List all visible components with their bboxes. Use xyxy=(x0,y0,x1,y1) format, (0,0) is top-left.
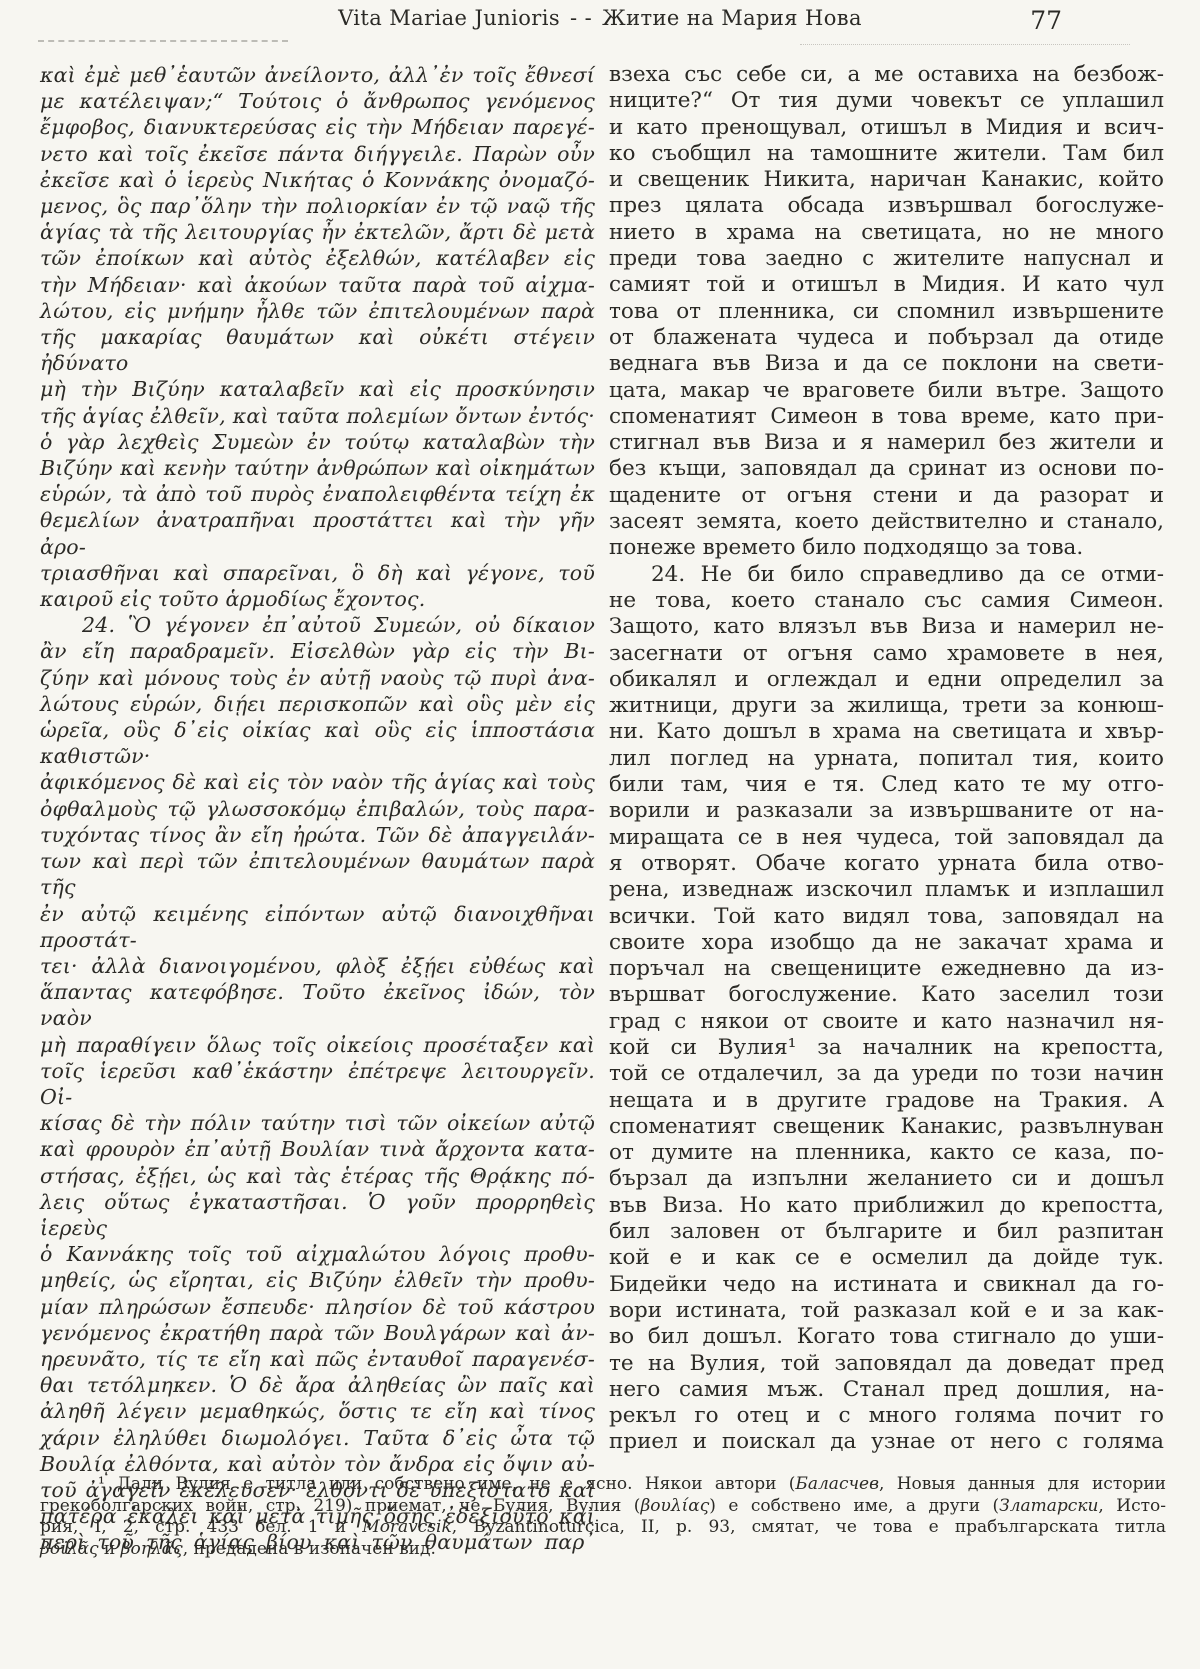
text-line: τει· ἀλλὰ διανοιγομένου, φλὸξ ἐξῄει εὐθέ… xyxy=(40,953,595,979)
text-line: ἀληθῆ λέγειν μεμαθηκώς, ὅστις τε εἴη καὶ… xyxy=(40,1398,595,1424)
paragraph: 24. Не би било справедливо да се отми-не… xyxy=(609,562,1164,1456)
text-line: бързал да изпълни желанието си и дошъл xyxy=(609,1166,1164,1192)
paragraph: καὶ ἐμὲ μεθ᾽ἑαυτῶν ἀνείλοντο, ἀλλ᾽ἐν τοῖ… xyxy=(40,62,595,612)
text-line: вори истината, той разказал кой е и за к… xyxy=(609,1298,1164,1324)
scan-artifact xyxy=(800,44,1130,45)
paragraph: ¹ Дали Вулия е титла или собствено име, … xyxy=(40,1474,1166,1560)
page-header: Vita Mariae Junioris- -Житие на Мария Но… xyxy=(0,6,1200,40)
text-line: обикалял и оглеждал и едни определил за xyxy=(609,667,1164,693)
text-line: щадените от огъня стени и да разорат и xyxy=(609,483,1164,509)
text-line: лил поглед на урната, попитал тия, които xyxy=(609,746,1164,772)
text-line: ἐν αὐτῷ κειμένης εἰπόντων αὐτῷ διανοιχθῆ… xyxy=(40,901,595,953)
text-line: всички. Той като видял това, заповядал н… xyxy=(609,904,1164,930)
text-line: споменатият свещеник Канакис, развълнува… xyxy=(609,1114,1164,1140)
text-line: καὶ φρουρὸν ἐπ᾽αὐτῇ Βουλίαν τινὰ ἄρχοντα… xyxy=(40,1136,595,1162)
text-line: ἁγίας τὰ τῆς λειτουργίας ἦν ἐκτελῶν, ἄρτ… xyxy=(40,219,595,245)
text-line: καὶ ἐμὲ μεθ᾽ἑαυτῶν ἀνείλοντο, ἀλλ᾽ἐν τοῖ… xyxy=(40,62,595,88)
text-line: κίσας δὲ τὴν πόλιν ταύτην τισὶ τῶν οἰκεί… xyxy=(40,1110,595,1136)
text-line: во бил дошъл. Когато това стигнало до уш… xyxy=(609,1324,1164,1350)
footnote: ¹ Дали Вулия е титла или собствено име, … xyxy=(40,1474,1166,1560)
text-line: ниците?“ От тия думи човекът се уплашил xyxy=(609,88,1164,114)
text-line: τριασθῆναι καὶ σπαρεῖναι, ὃ δὴ καὶ γέγον… xyxy=(40,560,595,586)
text-line: преди това заедно с жителите напуснал и xyxy=(609,246,1164,272)
text-line: τυχόντας τίνος ἂν εἴη ἠρώτα. Τῶν δὲ ἀπαγ… xyxy=(40,822,595,848)
text-line: ворили и разказали за извършваните от на… xyxy=(609,798,1164,824)
text-line: споменатият Симеон в това време, като пр… xyxy=(609,404,1164,430)
text-line: ¹ Дали Вулия е титла или собствено име, … xyxy=(40,1474,1166,1496)
text-line: засегнати от огъня само храмовете в нея, xyxy=(609,641,1164,667)
text-line: ко съобщил на тамошните жители. Там бил xyxy=(609,141,1164,167)
text-line: ἔμφοβος, διανυκτερεύσας εἰς τὴν Μήδειαν … xyxy=(40,114,595,140)
text-line: νετο καὶ τοῖς ἐκεῖσε πάντα διήγγειλε. Πα… xyxy=(40,141,595,167)
text-line: от блажената чудеса и побързал да отиде xyxy=(609,325,1164,351)
text-line: Βιζύην καὶ κενὴν ταύτην ἀνθρώπων καὶ οἰκ… xyxy=(40,455,595,481)
text-line: λώτους εὑρών, διῄει περισκοπῶν καὶ οὓς μ… xyxy=(40,691,595,717)
running-title-latin: Vita Mariae Junioris xyxy=(338,6,560,30)
text-line: него самия мъж. Станал пред дошлия, на- xyxy=(609,1377,1164,1403)
text-line: ὁ Καννάκης τοῖς τοῦ αἰχμαλώτου λόγοις πρ… xyxy=(40,1241,595,1267)
text-line: от думите на пленника, както се каза, по… xyxy=(609,1140,1164,1166)
text-line: τοῖς ἱερεῦσι καθ᾽ἑκάστην ἐπέτρεψε λειτου… xyxy=(40,1058,595,1110)
text-line: те на Вулия, той заповядал да доведат пр… xyxy=(609,1351,1164,1377)
book-page: Vita Mariae Junioris- -Житие на Мария Но… xyxy=(0,0,1200,1669)
text-line: кой си Вулия¹ за началник на крепостта, xyxy=(609,1035,1164,1061)
text-line: нието в храма на светицата, но не много xyxy=(609,220,1164,246)
text-line: χάριν ἐληλύθει διωμολόγει. Ταῦτα δ᾽εἰς ὦ… xyxy=(40,1425,595,1451)
running-title-cyrillic: Житие на Мария Нова xyxy=(602,6,862,30)
text-line: рена, изведнаж изскочил пламък и изплаши… xyxy=(609,877,1164,903)
text-line: 24. Не би било справедливо да се отми- xyxy=(609,562,1164,588)
text-line: приел и поискал да узнае от него с голям… xyxy=(609,1429,1164,1455)
text-line: нещата и в другите градове на Тракия. А xyxy=(609,1088,1164,1114)
text-line: λεις οὕτως ἐγκαταστῆσαι. Ὁ γοῦν προρρηθε… xyxy=(40,1189,595,1241)
text-line: самият той и отишъл в Мидия. И като чул xyxy=(609,272,1164,298)
text-line: своите хора изобщо да не закачат храма и xyxy=(609,930,1164,956)
text-line: βοϊλᾶς и βοηλᾶς, предадена в изопачен ви… xyxy=(40,1539,1166,1561)
text-line: μενος, ὃς παρ᾽ὅλην τὴν πολιορκίαν ἐν τῷ … xyxy=(40,193,595,219)
text-line: μὴ τὴν Βιζύην καταλαβεῖν καὶ εἰς προσκύν… xyxy=(40,376,595,402)
running-title: Vita Mariae Junioris- -Житие на Мария Но… xyxy=(0,6,1200,30)
text-line: без къщи, заповядал да сринат из основи … xyxy=(609,456,1164,482)
page-number: 77 xyxy=(1030,6,1062,35)
text-line: рекъл го отец и с много голяма почит го xyxy=(609,1403,1164,1429)
text-line: ἀφικόμενος δὲ καὶ εἰς τὸν ναὸν τῆς ἁγίας… xyxy=(40,769,595,795)
text-line: μηθείς, ὡς εἴρηται, εἰς Βιζύην ἐλθεῖν τὴ… xyxy=(40,1267,595,1293)
text-line: Бидейки чедо на истината и свикнал да го… xyxy=(609,1272,1164,1298)
text-line: били там, чия е тя. След като те му отго… xyxy=(609,772,1164,798)
text-line: ὁ γὰρ λεχθεὶς Συμεὼν ἐν τούτῳ καταλαβὼν … xyxy=(40,429,595,455)
text-line: γενόμενος ἐκρατήθη παρὰ τῶν Βουλγάρων κα… xyxy=(40,1320,595,1346)
text-line: ἐκεῖσε καὶ ὁ ἱερεὺς Νικήτας ὁ Κοννάκης ὀ… xyxy=(40,167,595,193)
text-line: ни. Като дошъл в храма на светицата и хв… xyxy=(609,719,1164,745)
text-line: град с някои от своите и като назначил н… xyxy=(609,1009,1164,1035)
text-line: θεμελίων ἀνατραπῆναι προστάττει καὶ τὴν … xyxy=(40,507,595,559)
text-line: τῆς ἁγίας ἐλθεῖν, καὶ ταῦτα πολεμίων ὄντ… xyxy=(40,403,595,429)
text-line: бил заловен от българите и бил разпитан xyxy=(609,1219,1164,1245)
text-line: това от пленника, си спомнил извършените xyxy=(609,299,1164,325)
text-line: житници, други за жилища, трети за конюш… xyxy=(609,693,1164,719)
paragraph: взеха със себе си, а ме оставиха на безб… xyxy=(609,62,1164,562)
text-line: и свещеник Никита, наричан Канакис, койт… xyxy=(609,167,1164,193)
text-line: ὡρεῖα, οὓς δ᾽εἰς οἰκίας καὶ οὓς εἰς ἱππο… xyxy=(40,717,595,769)
text-line: във Виза. Но като приближил до крепостта… xyxy=(609,1193,1164,1219)
text-line: εὑρών, τὰ ἀπὸ τοῦ πυρὸς ἐναπολειφθέντα τ… xyxy=(40,481,595,507)
text-line: кой е и как се е осмелил да дойде тук. xyxy=(609,1245,1164,1271)
text-line: миращата се в нея чудеса, той заповядал … xyxy=(609,825,1164,851)
text-line: στήσας, ἐξῄει, ὡς καὶ τὰς ἑτέρας τῆς Θρᾴ… xyxy=(40,1163,595,1189)
text-line: рия, I, 2, стр. 433 бел. 1 и Moravcsik, … xyxy=(40,1517,1166,1539)
text-line: τὴν Μήδειαν· καὶ ἀκούων ταῦτα παρὰ τοῦ α… xyxy=(40,272,595,298)
text-line: μίαν πληρώσων ἔσπευδε· πλησίον δὲ τοῦ κά… xyxy=(40,1294,595,1320)
text-line: през цялата обсада извършвал богослуже- xyxy=(609,193,1164,219)
text-line: засеят земята, което действително и стан… xyxy=(609,509,1164,535)
text-line: τῆς μακαρίας θαυμάτων καὶ οὐκέτι στέγειν… xyxy=(40,324,595,376)
text-line: я отворят. Обаче когато урната била отво… xyxy=(609,851,1164,877)
text-line: и като пренощувал, отишъл в Мидия и всич… xyxy=(609,115,1164,141)
text-line: не това, което станало със самия Симеон. xyxy=(609,588,1164,614)
text-line: веднага във Виза и да се поклони на свет… xyxy=(609,351,1164,377)
text-line: цата, макар че враговете били вътре. Защ… xyxy=(609,378,1164,404)
text-line: той се отдалечил, за да уреди по този на… xyxy=(609,1061,1164,1087)
text-line: ἅπαντας κατεφόβησε. Τοῦτο ἐκεῖνος ἰδών, … xyxy=(40,979,595,1031)
text-line: взеха със себе си, а ме оставиха на безб… xyxy=(609,62,1164,88)
text-line: ηρευνᾶτο, τίς τε εἴη καὶ πῶς ἐνταυθοῖ πα… xyxy=(40,1346,595,1372)
scan-artifact xyxy=(38,40,288,42)
text-line: понеже времето било подходящо за това. xyxy=(609,535,1164,561)
text-line: 24. Ὃ γέγονεν ἐπ᾽αὐτοῦ Συμεών, οὐ δίκαιο… xyxy=(40,612,595,638)
text-line: ὀφθαλμοὺς τῷ γλωσσοκόμῳ ἐπιβαλών, τοὺς π… xyxy=(40,796,595,822)
bulgarian-text-column: взеха със себе си, а ме оставиха на безб… xyxy=(609,62,1164,1556)
text-line: μὴ παραθίγειν ὅλως τοῖς οἰκείοις προσέτα… xyxy=(40,1032,595,1058)
text-line: καιροῦ εἰς τοῦτο ἁρμοδίως ἔχοντος. xyxy=(40,586,595,612)
text-line: Защото, като влязъл във Виза и намерил н… xyxy=(609,614,1164,640)
text-line: вършват богослужение. Като заселил този xyxy=(609,982,1164,1008)
running-title-separator: - - xyxy=(570,6,592,30)
text-line: θαι τετόλμηκεν. Ὁ δὲ ἄρα ἀληθείας ὢν παῖ… xyxy=(40,1372,595,1398)
text-line: τῶν ἐποίκων καὶ αὐτὸς ἐξελθών, κατέλαβεν… xyxy=(40,245,595,271)
text-line: грекоболгарских войн, стр. 219) приемат,… xyxy=(40,1496,1166,1518)
text-line: ἂν εἴη παραδραμεῖν. Εἰσελθὼν γὰρ εἰς τὴν… xyxy=(40,638,595,664)
text-line: λώτου, εἰς μνήμην ἦλθε τῶν ἐπιτελουμένων… xyxy=(40,298,595,324)
text-line: поръчал на свещениците ежедневно да из- xyxy=(609,956,1164,982)
text-line: ζύην καὶ μόνους τοὺς ἐν αὐτῇ ναοὺς τῷ πυ… xyxy=(40,665,595,691)
greek-text-column: καὶ ἐμὲ μεθ᾽ἑαυτῶν ἀνείλοντο, ἀλλ᾽ἐν τοῖ… xyxy=(40,62,595,1556)
text-columns: καὶ ἐμὲ μεθ᾽ἑαυτῶν ἀνείλοντο, ἀλλ᾽ἐν τοῖ… xyxy=(40,62,1164,1556)
text-line: των καὶ περὶ τῶν ἐπιτελουμένων θαυμάτων … xyxy=(40,848,595,900)
paragraph: 24. Ὃ γέγονεν ἐπ᾽αὐτοῦ Συμεών, οὐ δίκαιο… xyxy=(40,612,595,1555)
text-line: стигнал във Виза и я намерил без жители … xyxy=(609,430,1164,456)
text-line: με κατέλειψαν;“ Τούτοις ὁ ἄνθρωπος γενόμ… xyxy=(40,88,595,114)
